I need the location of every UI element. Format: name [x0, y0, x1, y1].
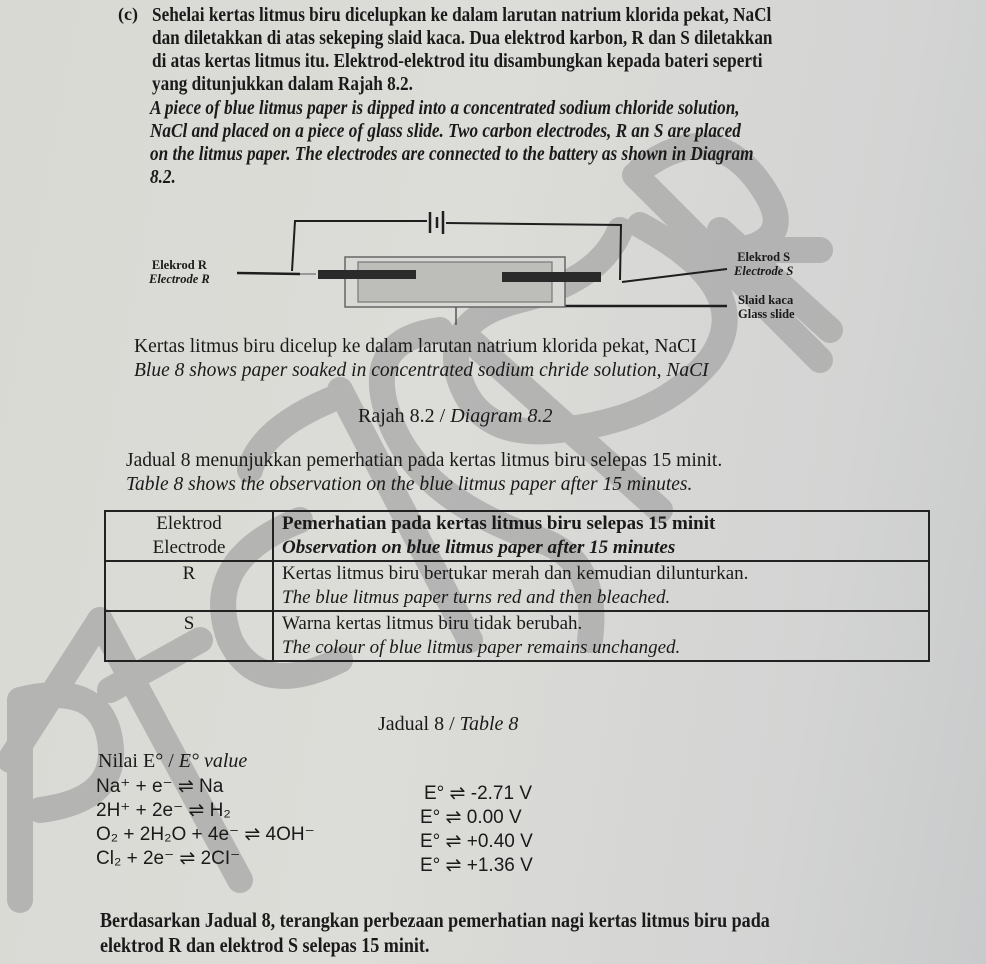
electrode-s-bar [502, 272, 601, 282]
prompt-line: Berdasarkan Jadual 8, terangkan perbezaa… [100, 908, 770, 933]
half-equation: 2H⁺ + 2e⁻ ⇌ H₂ [96, 799, 315, 823]
row-electrode: R [105, 561, 273, 611]
table-caption: Jadual 8 / Table 8 [378, 713, 518, 736]
table-header-row: Elektrod Electrode Pemerhatian pada kert… [105, 511, 929, 561]
caption-paper-english: Blue 8 shows paper soaked in concentrate… [134, 360, 709, 382]
electrode-potential: E° ⇌ +0.40 V [420, 830, 533, 854]
half-equations: Na⁺ + e⁻ ⇌ Na 2H⁺ + 2e⁻ ⇌ H₂ O₂ + 2H₂O +… [96, 775, 315, 871]
prompt-line: elektrod R dan elektrod S selepas 15 min… [100, 933, 770, 958]
row-observation: Kertas litmus biru bertukar merah dan ke… [273, 561, 929, 611]
row-observation: Warna kertas litmus biru tidak berubah. … [273, 611, 929, 661]
half-equation: Cl₂ + 2e⁻ ⇌ 2CI⁻ [96, 847, 315, 871]
header-electrode: Elektrod Electrode [105, 511, 273, 561]
label-electrode-s: Elekrod S Electrode S [734, 250, 793, 278]
electrode-potentials: E° ⇌ -2.71 V E° ⇌ 0.00 V E° ⇌ +0.40 V E°… [420, 782, 533, 878]
electrode-potential: E° ⇌ +1.36 V [420, 854, 533, 878]
half-equation: O₂ + 2H₂O + 4e⁻ ⇌ 4OH⁻ [96, 823, 315, 847]
e-values-heading: Nilai E° / E° value [98, 750, 247, 773]
label-glass-slide: Slaid kaca Glass slide [738, 293, 795, 321]
question-prompt: Berdasarkan Jadual 8, terangkan perbezaa… [100, 908, 879, 958]
table-row: R Kertas litmus biru bertukar merah dan … [105, 561, 929, 611]
electrode-r-bar [318, 270, 416, 279]
electrode-potential: E° ⇌ -2.71 V [420, 782, 533, 806]
row-electrode: S [105, 611, 273, 661]
half-equation: Na⁺ + e⁻ ⇌ Na [96, 775, 315, 799]
label-electrode-r: Elekrod R Electrode R [149, 258, 210, 286]
header-observation: Pemerhatian pada kertas litmus biru sele… [273, 511, 929, 561]
diagram-title: Rajah 8.2 / Diagram 8.2 [358, 405, 552, 428]
table-intro-english: Table 8 shows the observation on the blu… [126, 474, 692, 496]
table-row: S Warna kertas litmus biru tidak berubah… [105, 611, 929, 661]
exam-page: (c) Sehelai kertas litmus biru dicelupka… [0, 0, 986, 964]
electrode-potential: E° ⇌ 0.00 V [420, 806, 533, 830]
table-intro-malay: Jadual 8 menunjukkan pemerhatian pada ke… [126, 450, 722, 472]
observation-table: Elektrod Electrode Pemerhatian pada kert… [104, 510, 930, 662]
caption-paper-malay: Kertas litmus biru dicelup ke dalam laru… [134, 336, 697, 358]
